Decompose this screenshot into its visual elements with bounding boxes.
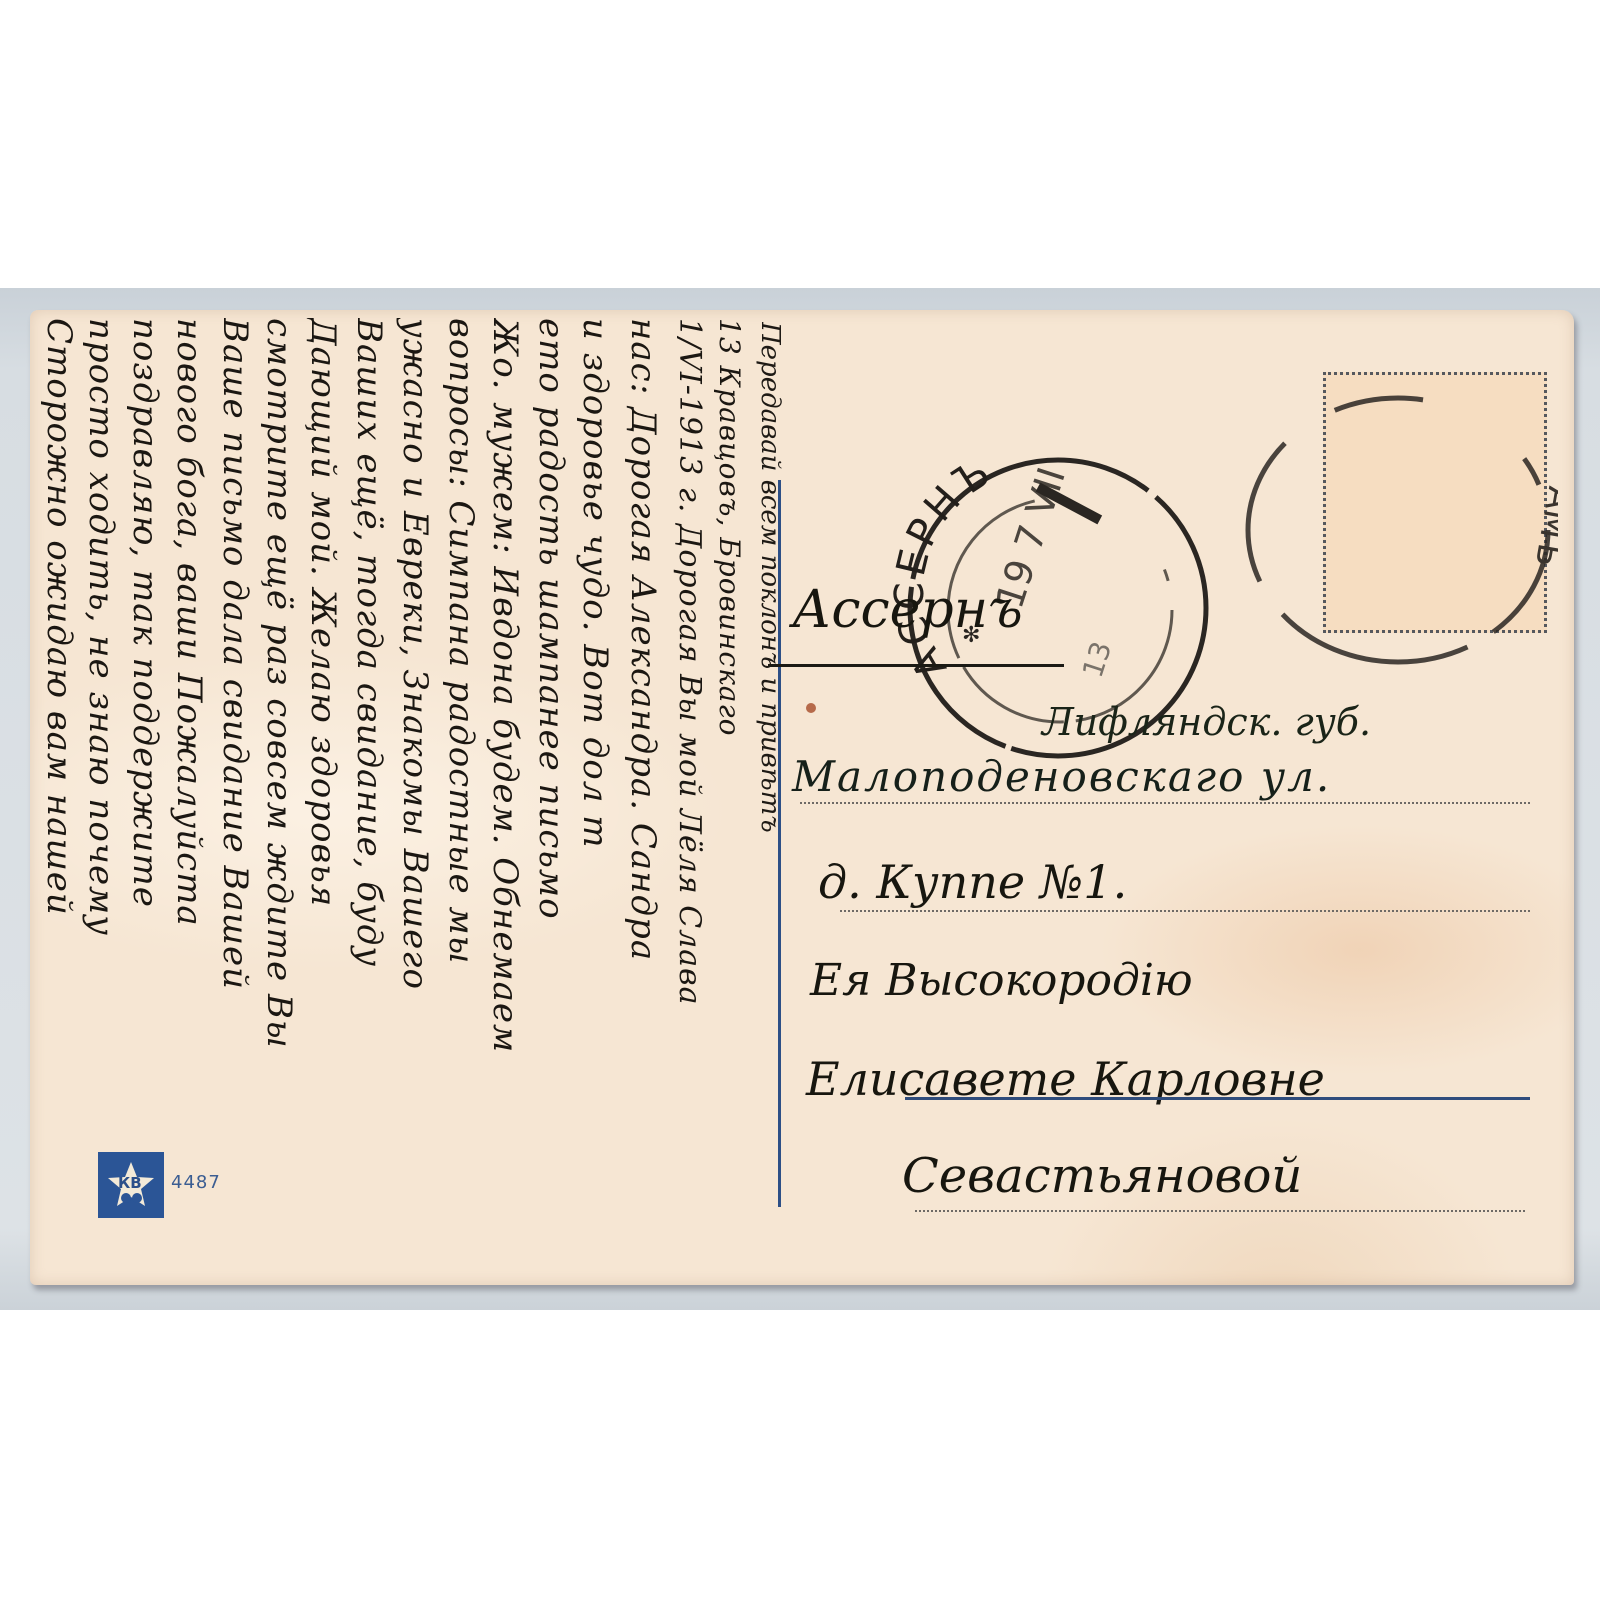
letter-column: Сторожно ожидаю вам нашей [36,318,82,1278]
dotted-rule [800,802,1530,804]
letter-column: Ваших ещё, тогда свидание, буду [346,318,392,1278]
postmark-year: 13 [1076,637,1118,681]
dotted-rule [840,910,1530,912]
pen-underline [768,664,1064,667]
divider-line [778,480,781,1207]
letter-column: и здоровье чудо. Вот дол т [572,318,618,1278]
letter-column: Жо. мужем: Ивдона будем. Обнемаем [482,318,528,1278]
address-line-4: д. Куппе №1. [818,855,1127,909]
dotted-rule [915,1210,1525,1212]
postcard: Сторожно ожидаю вам нашей просто ходить,… [30,310,1574,1285]
stamp-box [1323,372,1547,633]
letter-column: смотрите ещё раз совсем ждите Вы [256,318,302,1278]
address-line-3: Малоподеновскаго ул. [792,752,1331,801]
letter-column: Дающий мой. Желаю здоровья [300,318,346,1278]
letter-column: вопросы: Симпана радостные мы [438,318,484,1278]
letter-column: нового бога, ваши Пожалуйста [166,318,212,1278]
publisher-number: 4487 [171,1172,221,1193]
blue-rule [905,1097,1530,1100]
letter-column: поздравляю, так поддержите [122,318,168,1278]
ink-stain [806,703,816,713]
address-line-7: Севастьяновой [902,1148,1302,1204]
address-line-2: Лифляндск. губ. [1042,700,1371,744]
address-line-1: Ассернъ [792,580,1023,640]
letter-column: нас: Дорогая Александра. Сандра [620,318,666,1278]
letter-area: Сторожно ожидаю вам нашей просто ходить,… [30,310,790,1285]
letter-column: ужасно и Евреки, Знакомы Вашего [392,318,438,1278]
address-line-5: Ея Высокородію [810,955,1193,1006]
letter-column: ето радость шампанее письмо [528,318,574,1278]
publisher-code: КВ [118,1174,142,1192]
svg-text:АССЕРНЪ: АССЕРНЪ [888,447,1002,686]
letter-column: Ваше письмо дала свидание Вашей [212,318,258,1278]
postmark-town: АССЕРНЪ [888,447,1002,686]
letter-column: просто ходить, не знаю почему [78,318,124,1278]
